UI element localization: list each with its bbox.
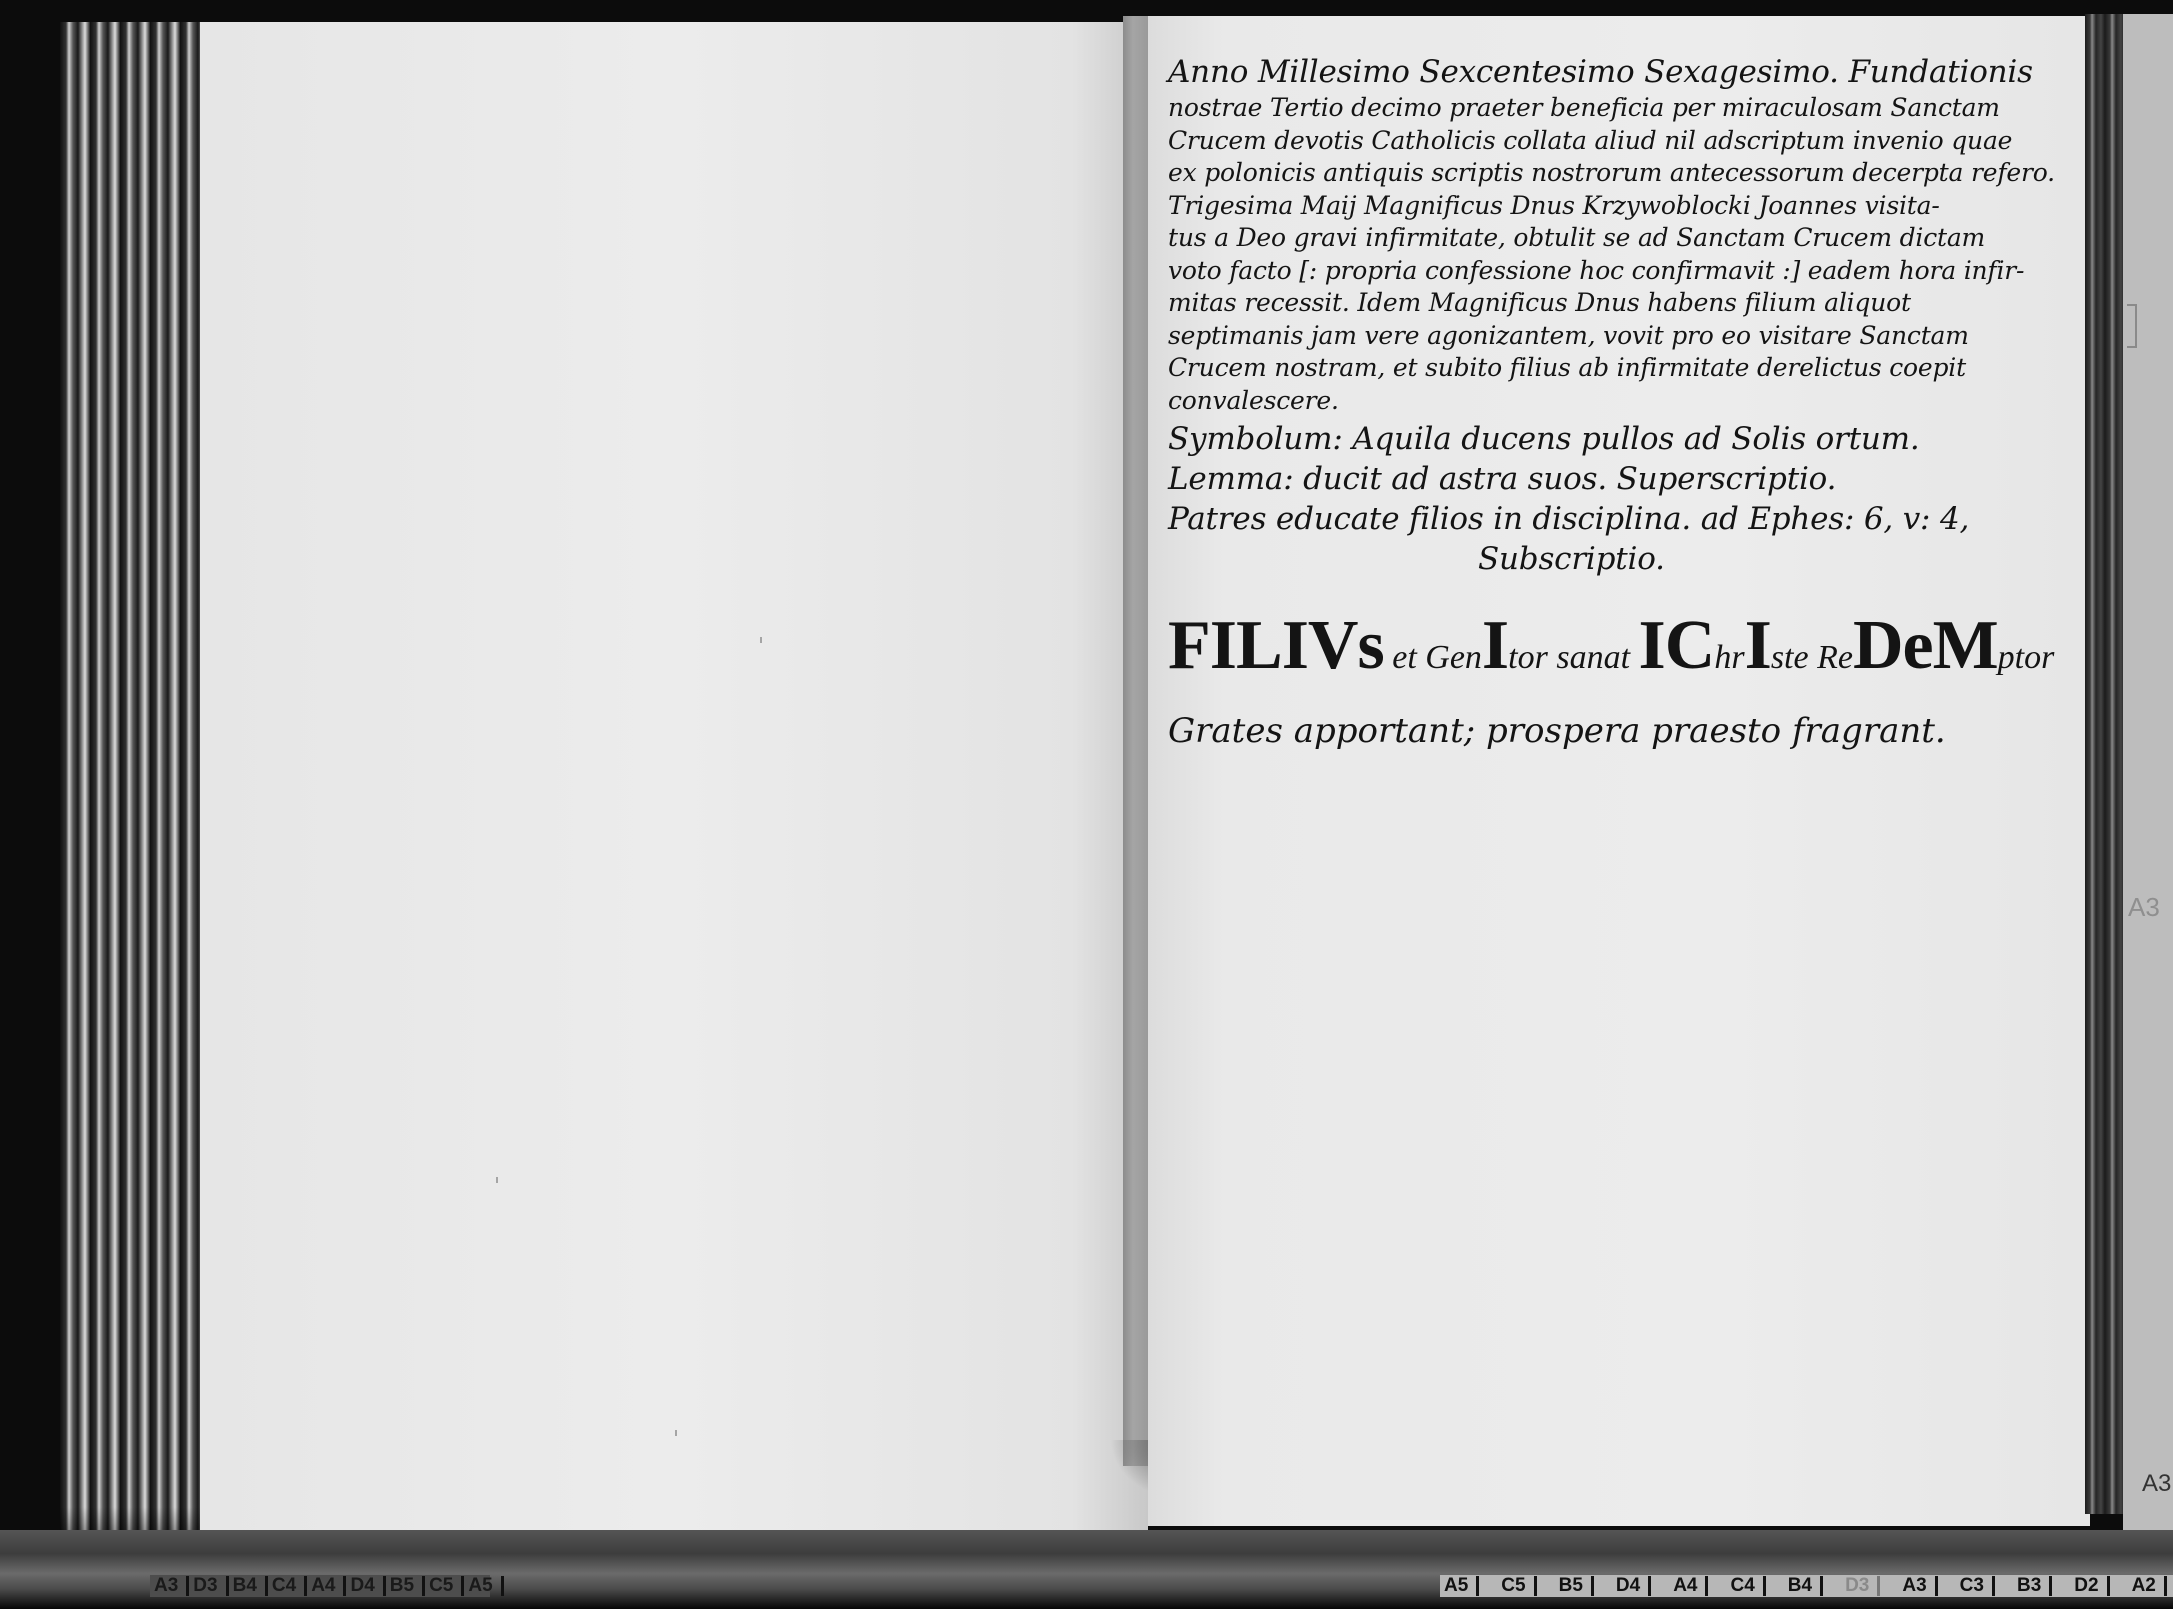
text-line: Trigesima Maij Magnificus Dnus Krzywoblo… <box>1168 190 2038 223</box>
chronogram-caps: I <box>1745 607 1771 684</box>
microfilm-scan: A3 A3 Anno Millesimo Sexcentesimo Sexage… <box>0 0 2173 1609</box>
closing-line: Grates apportant; prospera praesto fragr… <box>1168 705 2038 757</box>
ink-speck <box>760 637 762 643</box>
film-marker: C4 <box>1726 1576 1765 1596</box>
text-line: septimanis jam vere agonizantem, vovit p… <box>1168 320 2038 353</box>
manuscript-text: Anno Millesimo Sexcentesimo Sexagesimo. … <box>1168 52 2038 757</box>
film-marker: B5 <box>1555 1576 1594 1596</box>
film-marker: A2 <box>2128 1576 2167 1596</box>
text-line: Crucem devotis Catholicis collata aliud … <box>1168 125 2038 158</box>
film-marker: A4 <box>307 1576 346 1596</box>
chronogram-caps: IC <box>1639 607 1715 684</box>
film-marker: C4 <box>268 1576 307 1596</box>
film-marker: C5 <box>1497 1576 1536 1596</box>
film-marker: B5 <box>386 1576 425 1596</box>
film-marker: A3 <box>1898 1576 1937 1596</box>
superscriptio-line: Patres educate filios in disciplina. ad … <box>1168 499 2038 539</box>
book-gutter <box>1123 16 1148 1466</box>
chronogram-caps: DeM <box>1853 607 1998 684</box>
film-marker: A4 <box>1669 1576 1708 1596</box>
text-line: tus a Deo gravi infirmitate, obtulit se … <box>1168 222 2038 255</box>
text-line: nostrae Tertio decimo praeter beneficia … <box>1168 92 2038 125</box>
chronogram-small: tor sanat <box>1508 639 1638 676</box>
edge-marker-lower: A3 <box>2142 1470 2171 1498</box>
chronogram-line: FILIVs et GenItor sanat IChrIste ReDeMpt… <box>1168 605 2038 699</box>
ink-speck <box>675 1430 677 1436</box>
chronogram-small: hr <box>1714 639 1744 676</box>
text-line: ex polonicis antiquis scriptis nostrorum… <box>1168 157 2038 190</box>
subscriptio-heading: Subscriptio. <box>1168 539 2038 579</box>
film-marker: A5 <box>1440 1576 1479 1596</box>
film-marker: C3 <box>1956 1576 1995 1596</box>
film-marker: A5 <box>464 1576 503 1596</box>
film-bottom-band <box>0 1530 2173 1609</box>
chronogram-small: ptor <box>1998 639 2055 676</box>
ink-speck <box>496 1177 498 1183</box>
film-marker: B4 <box>229 1576 268 1596</box>
film-marker: D4 <box>1612 1576 1651 1596</box>
film-marker: C5 <box>425 1576 464 1596</box>
film-marker: B3 <box>2013 1576 2052 1596</box>
text-line: Anno Millesimo Sexcentesimo Sexagesimo. … <box>1168 52 2038 92</box>
chronogram-small: ste Re <box>1771 639 1853 676</box>
text-line: Crucem nostram, et subito filius ab infi… <box>1168 352 2038 385</box>
film-marker: D2 <box>2070 1576 2109 1596</box>
film-marker-faded: D3 <box>1841 1576 1880 1596</box>
margin-tick <box>2127 304 2137 348</box>
film-marker-strip-left: A3 D3 B4 C4 A4 D4 B5 C5 A5 <box>150 1575 490 1597</box>
left-page-edges <box>60 22 210 1577</box>
text-line: convalescere. <box>1168 385 2038 418</box>
chronogram-caps: FILIVs <box>1168 607 1384 684</box>
film-marker: D3 <box>189 1576 228 1596</box>
film-marker-strip-right: A5 C5 B5 D4 A4 C4 B4 D3 A3 C3 B3 D2 A2 <box>1440 1575 2173 1597</box>
symbolum-line: Symbolum: Aquila ducens pullos ad Solis … <box>1168 419 2038 459</box>
text-line: mitas recessit. Idem Magnificus Dnus hab… <box>1168 287 2038 320</box>
film-marker: A3 <box>150 1576 189 1596</box>
text-line: voto facto [: propria confessione hoc co… <box>1168 255 2038 288</box>
lemma-line: Lemma: ducit ad astra suos. Superscripti… <box>1168 459 2038 499</box>
edge-marker-upper: A3 <box>2128 892 2160 923</box>
film-margin-right <box>2123 14 2173 1554</box>
film-marker: D4 <box>346 1576 385 1596</box>
chronogram-small: et Gen <box>1384 639 1482 676</box>
right-page-edges <box>2085 14 2123 1514</box>
left-page-blank <box>200 22 1148 1550</box>
film-marker: B4 <box>1784 1576 1823 1596</box>
chronogram-caps: I <box>1482 607 1508 684</box>
